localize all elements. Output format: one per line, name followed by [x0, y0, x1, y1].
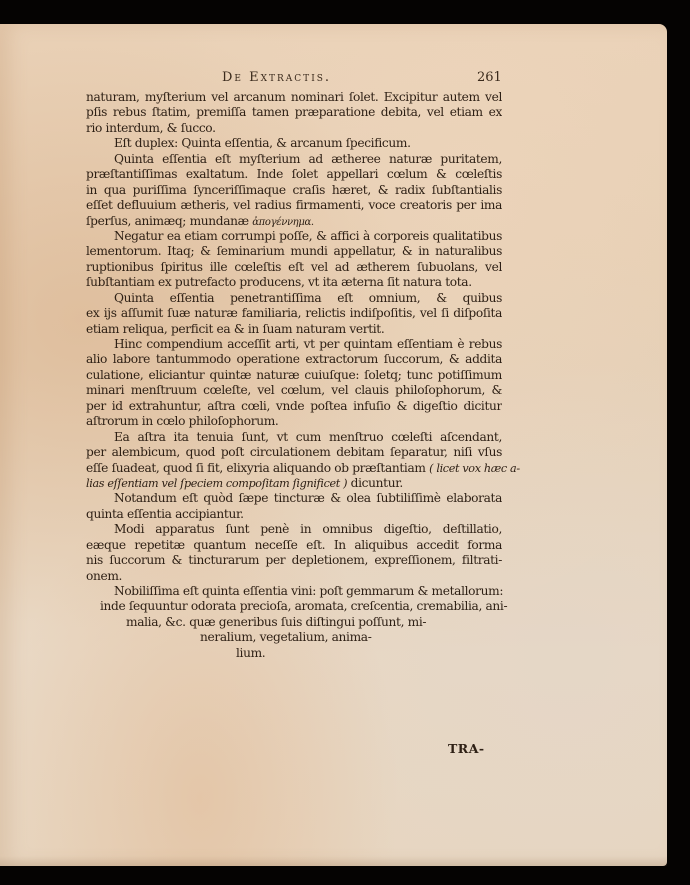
- text-line: ruptionibus ſpiritus ille cœleſtis eſt v…: [86, 260, 502, 275]
- text-line: eæque repetitæ quantum neceſſe eſt. In a…: [86, 538, 502, 553]
- text-line: Hinc compendium acceſſit arti, vt per qu…: [86, 337, 502, 352]
- text-line: quinta eſſentia accipiantur.: [86, 507, 502, 522]
- text-line: Quinta eſſentia penetrantiſſima eſt omni…: [86, 291, 502, 306]
- text-line: inde ſequuntur odorata precioſa, aromata…: [86, 599, 502, 614]
- text-line: etiam reliqua, perficit ea & in ſuam nat…: [86, 322, 502, 337]
- text-line: alio labore tantummodo operatione extrac…: [86, 352, 502, 367]
- italic-aside: ( licet vox hæc a-: [429, 462, 520, 475]
- text-line: Notandum eſt quòd ſæpe tincturæ & olea ſ…: [86, 491, 502, 506]
- text-line: Negatur ea etiam corrumpi poſſe, & affic…: [86, 229, 502, 244]
- text-line: Modi apparatus ſunt penè in omnibus dige…: [86, 522, 502, 537]
- text-line: lium.: [86, 646, 502, 661]
- text-line: onem.: [86, 569, 502, 584]
- text-line: Quinta eſſentia eſt myſterium ad ætheree…: [86, 152, 502, 167]
- text-line: Ea aſtra ita tenuia ſunt, vt cum menſtru…: [86, 430, 502, 445]
- page-number: 261: [477, 70, 502, 85]
- text-line: Eſt duplex: Quinta eſſentia, & arcanum ſ…: [86, 136, 502, 151]
- text-line: ex ijs aſſumit ſuæ naturæ familiaria, re…: [86, 306, 502, 321]
- text-line: ſubſtantiam ex putrefacto producens, vt …: [86, 275, 502, 290]
- running-head-title: De Extractis.: [222, 70, 331, 85]
- text-line: neralium, vegetalium, anima-: [86, 630, 502, 645]
- text-line: minari menſtruum cœleſte, vel cœlum, vel…: [86, 383, 502, 398]
- running-head: De Extractis. 261: [0, 70, 667, 90]
- show-through-text: [392, 754, 512, 768]
- text-line: lias eſſentiam vel ſpeciem compoſitam ſi…: [86, 476, 502, 491]
- text-line: eſſe ſuadeat, quod ſi fit, elixyria aliq…: [86, 461, 502, 476]
- text-line: culatione, eliciantur quintæ naturæ cuiu…: [86, 368, 502, 383]
- text-line: ſperſus, animæq; mundanæ ἀπογέννημα.: [86, 214, 502, 229]
- text-line: in qua puriſſima ſynceriſſimaque craſis …: [86, 183, 502, 198]
- text-span: ſperſus, animæq; mundanæ: [86, 214, 249, 228]
- text-line: rio interdum, & ſucco.: [86, 121, 502, 136]
- text-line: lementorum. Itaq; & ſeminarium mundi app…: [86, 244, 502, 259]
- italic-aside: lias eſſentiam vel ſpeciem compoſitam ſi…: [86, 477, 347, 490]
- text-line: pſis rebus ſtatim, premiſſa tamen præpar…: [86, 105, 502, 120]
- text-line: aſtrorum in cœlo philoſophorum.: [86, 414, 502, 429]
- text-line: per alembicum, quod poſt circulationem d…: [86, 445, 502, 460]
- text-line: præſtantiſſimas exaltatum. Inde ſolet ap…: [86, 167, 502, 182]
- text-span: eſſe ſuadeat, quod ſi fit, elixyria aliq…: [86, 461, 426, 475]
- text-line: eſſet defluuium ætheris, vel radius firm…: [86, 198, 502, 213]
- text-span: dicuntur.: [351, 476, 403, 490]
- greek-word: ἀπογέννημα.: [252, 217, 313, 228]
- book-page: De Extractis. 261 naturam, myſterium vel…: [0, 24, 667, 866]
- body-text: naturam, myſterium vel arcanum nominari …: [86, 90, 502, 661]
- text-line: per id extrahuntur, aſtra cœli, vnde poſ…: [86, 399, 502, 414]
- text-line: naturam, myſterium vel arcanum nominari …: [86, 90, 502, 105]
- text-line: malia, &c. quæ generibus ſuis diſtingui …: [86, 615, 502, 630]
- text-line: nis ſuccorum & tincturarum per depletion…: [86, 553, 502, 568]
- text-line: Nobiliſſima eſt quinta eſſentia vini: po…: [86, 584, 502, 599]
